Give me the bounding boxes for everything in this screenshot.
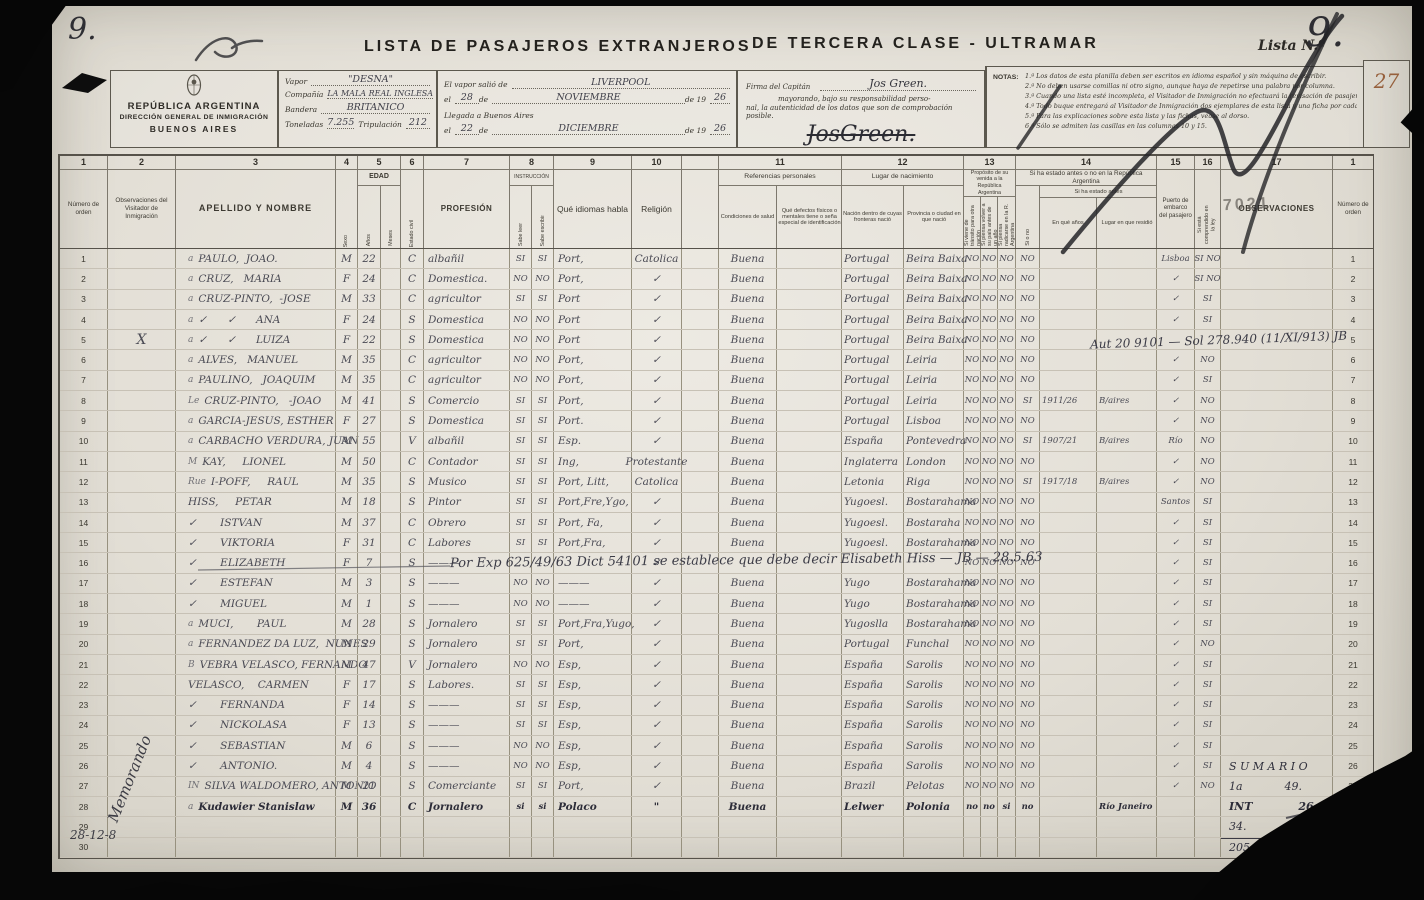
cell-sa [719, 838, 777, 857]
handwritten-entry: CARBACHO VERDURA, JUAN [198, 435, 358, 447]
cell-n2: 13 [1333, 493, 1373, 512]
table-row: 4a✓ ✓ ANAF24SDomesticaNONOPort✓BuenaPort… [60, 310, 1373, 330]
cell-sa: Buena [719, 290, 777, 309]
cell-id: Port, Fa, [554, 513, 632, 532]
handwritten-entry: ——— [428, 760, 460, 772]
cell-c: NO [998, 614, 1016, 633]
cell-c: NO [998, 513, 1016, 532]
cell-n: 16 [60, 553, 108, 572]
cell-n: 14 [60, 513, 108, 532]
handwritten-entry: Catolica [635, 476, 679, 488]
cell-sx: M [336, 614, 358, 633]
cell-ys [1040, 310, 1097, 329]
handwritten-entry: SI [1203, 375, 1212, 385]
handwritten-entry: INT 26. [1229, 800, 1317, 813]
cell-pt: ✓ [1157, 614, 1195, 633]
cell-a: NO [964, 493, 981, 512]
handwritten-entry: Port. [558, 415, 584, 427]
cell-cv [401, 838, 424, 857]
cell-cv: S [401, 553, 424, 572]
cell-sx: M [336, 797, 358, 816]
handwritten-entry: NO [965, 538, 979, 548]
handwritten-entry: NO [1200, 781, 1214, 791]
cell-nm: aCRUZ-PINTO, -JOSE [176, 290, 336, 309]
cell-pv: Leiria [904, 350, 964, 369]
handwritten-entry: Obrero [428, 517, 466, 529]
cell-le: SI [510, 391, 532, 410]
cell-pf [424, 817, 510, 836]
cell-ys [1040, 452, 1097, 471]
handwritten-entry: ✓ [652, 374, 661, 386]
printed-row-number: 25 [1348, 741, 1357, 751]
handwritten-entry: NO [1020, 639, 1034, 649]
printed-row-number: 13 [79, 497, 88, 507]
printed-row-number: 22 [1348, 680, 1357, 690]
cell-cv: V [401, 432, 424, 451]
handwritten-entry: Kudawier Stanislaw [198, 801, 314, 813]
handwritten-entry: 21 [362, 780, 375, 792]
handwritten-entry: NO [982, 781, 996, 791]
salida-anio: 26 [710, 92, 730, 104]
handwritten-entry: SI NO [1194, 274, 1220, 284]
handwritten-entry: PAULO, JOAO. [198, 253, 277, 265]
handwritten-entry: ✓ [1172, 355, 1179, 365]
handwritten-entry: NO [965, 680, 979, 690]
cell-xx [682, 513, 719, 532]
cell-nm: aFERNANDEZ DA LUZ, NUNES [176, 635, 336, 654]
printed-row-number: 25 [79, 741, 88, 751]
cell-nm: VELASCO, CARMEN [176, 675, 336, 694]
cell-rl: ✓ [632, 594, 682, 613]
cell-rl: ✓ [632, 391, 682, 410]
cell-pv: Sarolis [904, 696, 964, 715]
cell-es: NO [532, 574, 554, 593]
cell-es: NO [532, 350, 554, 369]
table-row: 25✓ SEBASTIANM6S———NONOEsp,✓BuenaEspañaS… [60, 736, 1373, 756]
cell-pt: ✓ [1157, 391, 1195, 410]
cell-xx [682, 716, 719, 735]
cell-cv: C [401, 350, 424, 369]
nota-item: 3.ª Cuando una lista esté incompleta, el… [1025, 92, 1357, 102]
defectos-label: Qué defectos físicos o mentales tiene o … [777, 186, 842, 248]
cell-a: NO [964, 736, 981, 755]
cell-pv: Funchal [904, 635, 964, 654]
cell-b: NO [981, 310, 998, 329]
handwritten-entry: M [341, 496, 352, 508]
nota-item: 6.ª Sólo se admiten las casillas en las … [1025, 122, 1357, 132]
cell-es: SI [532, 249, 554, 268]
handwritten-entry: ✓ [1172, 457, 1179, 467]
handwritten-entry: ——— [558, 598, 590, 610]
cell-n: 27 [60, 777, 108, 796]
cell-le: SI [510, 472, 532, 491]
cell-id: Esp, [554, 756, 632, 775]
cell-id: Port, [554, 635, 632, 654]
cell-pt: ✓ [1157, 675, 1195, 694]
cell-df [777, 533, 842, 552]
cell-id: Esp, [554, 696, 632, 715]
handwritten-entry: Comercio [428, 395, 479, 407]
handwritten-entry: M [341, 435, 352, 447]
cell-es: NO [532, 371, 554, 390]
cell-o [1221, 391, 1333, 410]
handwritten-entry: SI [1203, 680, 1212, 690]
cell-es: NO [532, 310, 554, 329]
handwritten-entry: ✓ [652, 395, 661, 407]
handwritten-entry: NO [982, 294, 996, 304]
cell-es: SI [532, 513, 554, 532]
handwritten-entry: NO [965, 254, 979, 264]
cell-pv: Lisboa [904, 411, 964, 430]
handwritten-entry: Pontevedra [906, 435, 966, 447]
cell-rl: ✓ [632, 330, 682, 349]
argentina-crest-icon [111, 74, 277, 101]
handwritten-entry: S [408, 557, 415, 569]
cell-sx: F [336, 553, 358, 572]
cell-n: 26 [60, 756, 108, 775]
cell-d [1016, 838, 1040, 857]
col-ley: 16Si está comprendido en la ley [1195, 156, 1221, 248]
printed-row-number: 17 [79, 578, 88, 588]
cell-pt: ✓ [1157, 594, 1195, 613]
cell-n2: 2 [1333, 269, 1373, 288]
handwritten-entry: NO [1020, 781, 1034, 791]
handwritten-entry: NO [513, 274, 527, 284]
handwritten-entry: si [538, 802, 546, 812]
cell-a: NO [964, 371, 981, 390]
cell-rl: ✓ [632, 432, 682, 451]
handwritten-entry: M [341, 638, 352, 650]
handwritten-entry: Inglaterra [844, 456, 898, 468]
table-row: 20aFERNANDEZ DA LUZ, NUNESM29SJornaleroS… [60, 635, 1373, 655]
cell-s [1195, 817, 1221, 836]
nota-item: 4.ª Todo buque entregará al Visitador de… [1025, 102, 1357, 112]
cell-ys [1040, 756, 1097, 775]
handwritten-entry: 6 [366, 740, 373, 752]
en-que-anos-label: En qué años [1040, 198, 1097, 248]
cell-df [777, 411, 842, 430]
handwritten-entry: 22 [362, 334, 375, 346]
cell-lg: B/aires [1097, 472, 1157, 491]
handwritten-entry: GARCIA-JESUS, ESTHER [198, 415, 333, 427]
cell-n2: 8 [1333, 391, 1373, 410]
col-number: 7 [424, 156, 509, 170]
handwritten-entry: VELASCO, CARMEN [188, 679, 309, 691]
cell-ys [1040, 716, 1097, 735]
col-label: Qué idiomas habla [554, 170, 631, 248]
handwritten-entry: NO [1020, 518, 1034, 528]
cell-a: NO [964, 432, 981, 451]
cell-pv: Bostarahama [904, 493, 964, 512]
handwritten-entry: SI [516, 720, 525, 730]
cell-b: NO [981, 675, 998, 694]
handwritten-entry: SI [1023, 396, 1032, 406]
cell-le: NO [510, 310, 532, 329]
table-row: 8LeCRUZ-PINTO, -JOAOM41SComercioSISIPort… [60, 391, 1373, 411]
cell-pt [1157, 817, 1195, 836]
handwritten-entry: NO [535, 741, 549, 751]
handwritten-entry: Lisboa [1161, 254, 1189, 264]
cell-d: NO [1016, 594, 1040, 613]
cell-pf: agricultor [424, 371, 510, 390]
printed-row-number: 4 [1351, 315, 1356, 325]
cell-es: NO [532, 269, 554, 288]
visitor-prefix-mark: Le [188, 396, 199, 406]
printed-row-number: 21 [1348, 660, 1357, 670]
cell-ag: 31 [358, 533, 381, 552]
col-number: 12 [842, 156, 963, 170]
col-number: 16 [1195, 156, 1220, 170]
handwritten-entry: NO [1020, 355, 1034, 365]
cell-ys: 1907/21 [1040, 432, 1097, 451]
cell-nm: ✓ VIKTORIA [176, 533, 336, 552]
handwritten-entry: Funchal [906, 638, 949, 650]
handwritten-entry: NO [1200, 436, 1214, 446]
col-observaciones: 17OBSERVACIONES 7021 [1221, 156, 1333, 248]
handwritten-entry: S [408, 699, 415, 711]
de-label2: de [479, 126, 488, 135]
cell-pf: Jornalero [424, 635, 510, 654]
cell-nm: aGARCIA-JESUS, ESTHER [176, 411, 336, 430]
cell-a: NO [964, 696, 981, 715]
cell-b: NO [981, 614, 998, 633]
handwritten-entry: NO [513, 355, 527, 365]
handwritten-entry: Labores. [428, 679, 474, 691]
cell-c: NO [998, 756, 1016, 775]
handwritten-entry: Protestante [626, 456, 688, 468]
cell-nm: ✓ MIGUEL [176, 594, 336, 613]
radicarse-label: Si piensa radicarse en la R. Argentina [998, 202, 1016, 246]
cell-ys [1040, 493, 1097, 512]
cell-ys [1040, 513, 1097, 532]
cell-le: SI [510, 614, 532, 633]
cell-id: Port. [554, 411, 632, 430]
cell-s: NO [1195, 452, 1221, 471]
cell-mo [381, 594, 401, 613]
handwritten-entry: Jornalero [428, 801, 483, 813]
handwritten-entry: Port, [558, 273, 584, 285]
handwritten-entry: SI [538, 538, 547, 548]
cell-id: Port,Fra,Yugo, [554, 614, 632, 633]
handwritten-entry: NO [982, 660, 996, 670]
printed-row-number: 2 [1351, 274, 1356, 284]
cell-o [1221, 290, 1333, 309]
handwritten-entry: S [408, 476, 415, 488]
handwritten-entry: 7 [366, 557, 373, 569]
table-row: 26✓ ANTONIO.M4S———NONOEsp,✓BuenaEspañaSa… [60, 756, 1373, 776]
printed-row-number: 3 [1351, 294, 1356, 304]
handwritten-entry: SI [516, 538, 525, 548]
cell-na: Brazil [842, 777, 904, 796]
handwritten-entry: ✓ [652, 699, 661, 711]
handwritten-entry: ✓ [1172, 578, 1179, 588]
cell-id: Port, [554, 269, 632, 288]
handwritten-entry: NO [535, 599, 549, 609]
handwritten-entry: Port, [558, 374, 584, 386]
handwritten-entry: C [408, 801, 416, 813]
handwritten-entry: ✓ [652, 334, 661, 346]
de19-label: de 19 [685, 95, 706, 104]
handwritten-entry: I-POFF, RAUL [211, 476, 299, 488]
cell-a: NO [964, 290, 981, 309]
volver-label: Si piensa volver a su país antes de un a… [981, 202, 997, 246]
handwritten-entry: B/aires [1099, 436, 1129, 446]
cell-s: SI [1195, 614, 1221, 633]
cell-a: NO [964, 472, 981, 491]
handwritten-entry: Buena [731, 456, 765, 468]
handwritten-entry: Buena [731, 496, 765, 508]
col-label: Puerto de embarco del pasajero [1157, 170, 1194, 248]
cell-b: NO [981, 655, 998, 674]
cell-ob [108, 614, 176, 633]
handwritten-entry: NO [999, 497, 1013, 507]
handwritten-entry: Pintor [428, 496, 461, 508]
handwritten-entry: 50 [362, 456, 375, 468]
cell-a: NO [964, 391, 981, 410]
handwritten-entry: NO [1020, 315, 1034, 325]
printed-row-number: 26 [1348, 761, 1357, 771]
handwritten-entry: ✓ [1172, 599, 1179, 609]
cell-id [554, 838, 632, 857]
cell-sa: Buena [719, 716, 777, 735]
cell-a: NO [964, 716, 981, 735]
handwritten-entry: M [341, 374, 352, 386]
cell-sa: Buena [719, 513, 777, 532]
cell-le: SI [510, 533, 532, 552]
cell-o [1221, 493, 1333, 512]
printed-row-number: 26 [79, 761, 88, 771]
cell-ys [1040, 817, 1097, 836]
handwritten-entry: SI [1203, 741, 1212, 751]
cell-c [998, 838, 1016, 857]
handwritten-entry: NO [999, 416, 1013, 426]
handwritten-entry: Buena [731, 476, 765, 488]
handwritten-entry: NO [535, 375, 549, 385]
cell-ob [108, 655, 176, 674]
cell-pv: Beira Baixa [904, 290, 964, 309]
handwritten-entry: S [408, 618, 415, 630]
handwritten-entry: SI [1203, 599, 1212, 609]
compania-label: Compañía [285, 90, 323, 99]
handwritten-entry: NO [535, 355, 549, 365]
handwritten-entry: ✓ [652, 618, 661, 630]
cell-o [1221, 533, 1333, 552]
handwritten-entry: ✓ NICKOLASA [188, 719, 287, 731]
cell-pt: ✓ [1157, 310, 1195, 329]
handwritten-entry: Catolica [635, 253, 679, 265]
printed-row-number: 14 [1348, 518, 1357, 528]
handwritten-entry: albañil [428, 435, 464, 447]
handwritten-entry: Yugo [844, 577, 870, 589]
cell-le: SI [510, 513, 532, 532]
handwritten-entry: SI [516, 294, 525, 304]
cell-na: Yugoesl. [842, 493, 904, 512]
cell-a: NO [964, 452, 981, 471]
table-row: 27INSILVA WALDOMERO, ANTONIOM21SComercia… [60, 777, 1373, 797]
handwritten-entry: SI [538, 619, 547, 629]
handwritten-entry: London [906, 456, 946, 468]
cell-s: SI [1195, 574, 1221, 593]
cell-id: ——— [554, 594, 632, 613]
cell-n2: 15 [1333, 533, 1373, 552]
handwritten-entry: ✓ ISTVAN [188, 517, 262, 529]
cell-o [1221, 513, 1333, 532]
cell-ag: 1 [358, 594, 381, 613]
handwritten-entry: Portugal [844, 395, 889, 407]
cell-o: 1a 49. [1221, 777, 1333, 796]
cell-ag: 50 [358, 452, 381, 471]
cell-le: SI [510, 411, 532, 430]
col-nacimiento-group: 12 Lugar de nacimiento Nación dentro de … [842, 156, 964, 248]
handwritten-entry: NO [965, 457, 979, 467]
handwritten-entry: ✓ [652, 719, 661, 731]
handwritten-entry: S [408, 740, 415, 752]
handwritten-entry: 18 [362, 496, 375, 508]
handwritten-entry: NO [999, 538, 1013, 548]
col-numero-orden-right: 1Número de orden [1333, 156, 1373, 248]
cell-na: Yugoesl. [842, 513, 904, 532]
handwritten-entry: SI [516, 477, 525, 487]
handwritten-entry: M [341, 780, 352, 792]
cell-na: Portugal [842, 411, 904, 430]
cell-pt: ✓ [1157, 290, 1195, 309]
cell-lg [1097, 614, 1157, 633]
cell-s [1195, 838, 1221, 857]
cell-ag: 24 [358, 310, 381, 329]
cell-n2: 20 [1333, 635, 1373, 654]
handwritten-entry: NO [1020, 416, 1034, 426]
handwritten-entry: ✓ [652, 435, 661, 447]
printed-row-number: 12 [79, 477, 88, 487]
printed-row-number: 6 [81, 355, 86, 365]
cell-sx: M [336, 594, 358, 613]
cell-mo [381, 513, 401, 532]
handwritten-entry: NO [999, 761, 1013, 771]
cell-n: 15 [60, 533, 108, 552]
handwritten-entry: V [408, 435, 416, 447]
col-religion: 10Religión [632, 156, 682, 248]
handwritten-entry: SI [516, 497, 525, 507]
cell-pf: agricultor [424, 350, 510, 369]
cell-id: Esp. [554, 432, 632, 451]
handwritten-entry: NO [999, 335, 1013, 345]
cell-ag: 37 [358, 513, 381, 532]
cell-cv: S [401, 574, 424, 593]
cell-ys: 1911/26 [1040, 391, 1097, 410]
col-profesion: 7PROFESIÓN [424, 156, 510, 248]
cell-pf: ——— [424, 736, 510, 755]
cell-sa: Buena [719, 777, 777, 796]
cell-pt: ✓ [1157, 371, 1195, 390]
col-number: 13 [964, 156, 1015, 170]
cell-pf: Jornalero [424, 614, 510, 633]
handwritten-entry: si [1002, 802, 1010, 812]
handwritten-entry: C [408, 537, 416, 549]
cell-pv: Beira Baixa [904, 249, 964, 268]
cell-nm: aPAULINO, JOAQUIM [176, 371, 336, 390]
cell-xx [682, 493, 719, 512]
cell-c: NO [998, 452, 1016, 471]
cell-nm: RueI-POFF, RAUL [176, 472, 336, 491]
bottom-edge-shadow [120, 874, 680, 900]
handwritten-entry: 22 [362, 253, 375, 265]
cell-ys [1040, 838, 1097, 857]
cell-sa: Buena [719, 675, 777, 694]
cell-es: SI [532, 777, 554, 796]
sabe-escribir-label: Sabe escribir [540, 215, 546, 246]
col-observaciones-visitador: 2Observaciones del Visitador de Inmigrac… [108, 156, 176, 248]
table-row: 2aCRUZ, MARIAF24CDomestica.NONOPort,✓Bue… [60, 269, 1373, 289]
